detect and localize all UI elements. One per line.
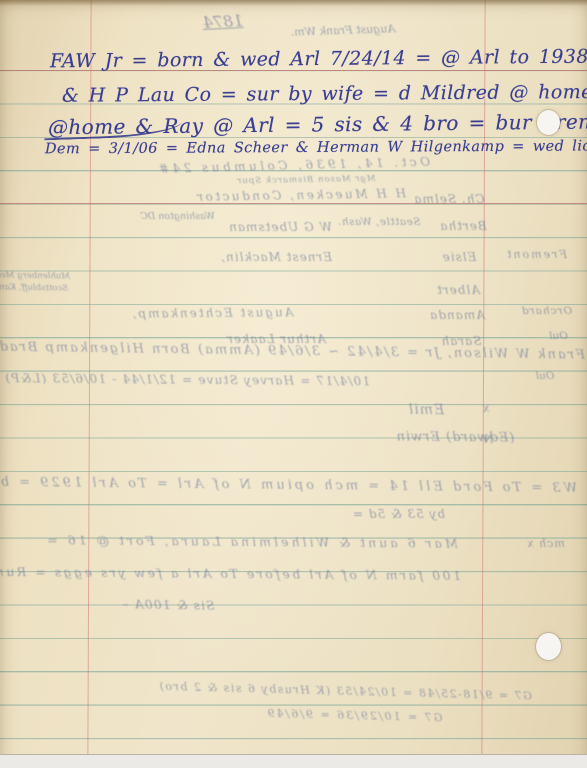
bleed-through-text: 10/4/17 = Harvey Stuve = 12/1/44 - 10/6/… [68,372,370,389]
bleed-through-text: Sis & 100A – [117,596,219,613]
scanner-background-strip [0,754,587,768]
bleed-through-text: 1874 [198,11,249,33]
bleed-through-text: Bertha [437,219,489,233]
bleed-through-text: H H Muecken, Conductor [208,186,406,203]
bleed-through-text: Seattle, Wash. [336,216,422,228]
bleed-through-text: Scottsbluff, Kan [0,282,68,293]
bleed-through-text: Mgr Mason Bismarck Spur [232,174,380,187]
scanned-page: 1874August Frank Wm.Oct. 14, 1936, Colum… [0,0,587,768]
bleed-through-text: G7 = 9/18-25/48 = 10/24/53 (K Hrusby 6 s… [184,680,532,702]
bleed-through-text: Ernest Macklin, [224,250,332,264]
bleed-through-text: N [480,433,496,446]
bleed-through-text: mch x [516,537,575,550]
bleed-through-text: (Edward) Erwin [394,429,516,445]
bleed-through-text: x [478,401,494,415]
red-head-rule-second [0,203,587,204]
bleed-through-text: Ch. Selma [410,192,488,206]
bleed-through-text: Amanda [428,308,486,322]
bleed-through-text: August Frank Wm. [284,22,402,39]
bleed-through-text: August Echtenkamp, [122,305,302,321]
bleed-through-text: W3 = To Ford Ell 14 = mch opium N of Arl… [25,475,577,496]
handwriting-line: @home & Ray @ Arl = 5 sis & 4 bro = bur … [48,111,470,139]
bleed-through-text: Fremont [497,248,575,261]
handwriting-line: & H P Lau Co = sur by wife = d Mildred @… [62,81,559,106]
bleed-through-text: Mar 6 aunt & Wilhelmina Laura, Fort @ 16… [25,532,477,551]
ruled-lines [0,70,587,755]
bleed-through-text: Orchard [518,305,575,317]
bleed-through-text: Washington DC [140,211,215,222]
bleed-through-text: Oct. 14, 1936, Columbus 24# [178,155,430,176]
bleed-through-text: G7 = 10/29/36 = 9/6/49 [239,706,469,725]
bleed-through-text: Elsie [437,250,481,264]
bleed-through-text: 100 farm N of Arl before To Arl a few yr… [8,564,461,583]
bleed-through-text: Oul [542,330,575,342]
bleed-through-text: Muhlenberg Med [0,270,70,281]
punch-hole-bottom [536,633,561,660]
bleed-through-text: W G Ubetsman [224,220,336,234]
bleed-through-text: by 53 & 5d = [351,507,446,521]
bleed-through-text: Frank W Wilson, Jr = 3/4/42 ~ 3/6/49 (Am… [42,340,585,363]
handwriting-line: FAW Jr = born & wed Arl 7/24/14 = @ Arl … [50,46,578,73]
paper-top-edge-shadow [0,0,587,6]
handwriting-line: Dem = 3/1/06 = Edna Scheer & Herman W Hi… [45,139,545,158]
punch-hole-top [537,110,560,135]
bleed-through-text: Emil [399,402,453,419]
bleed-through-text: Albert [431,283,485,297]
bleed-through-text: Oul [528,370,562,382]
